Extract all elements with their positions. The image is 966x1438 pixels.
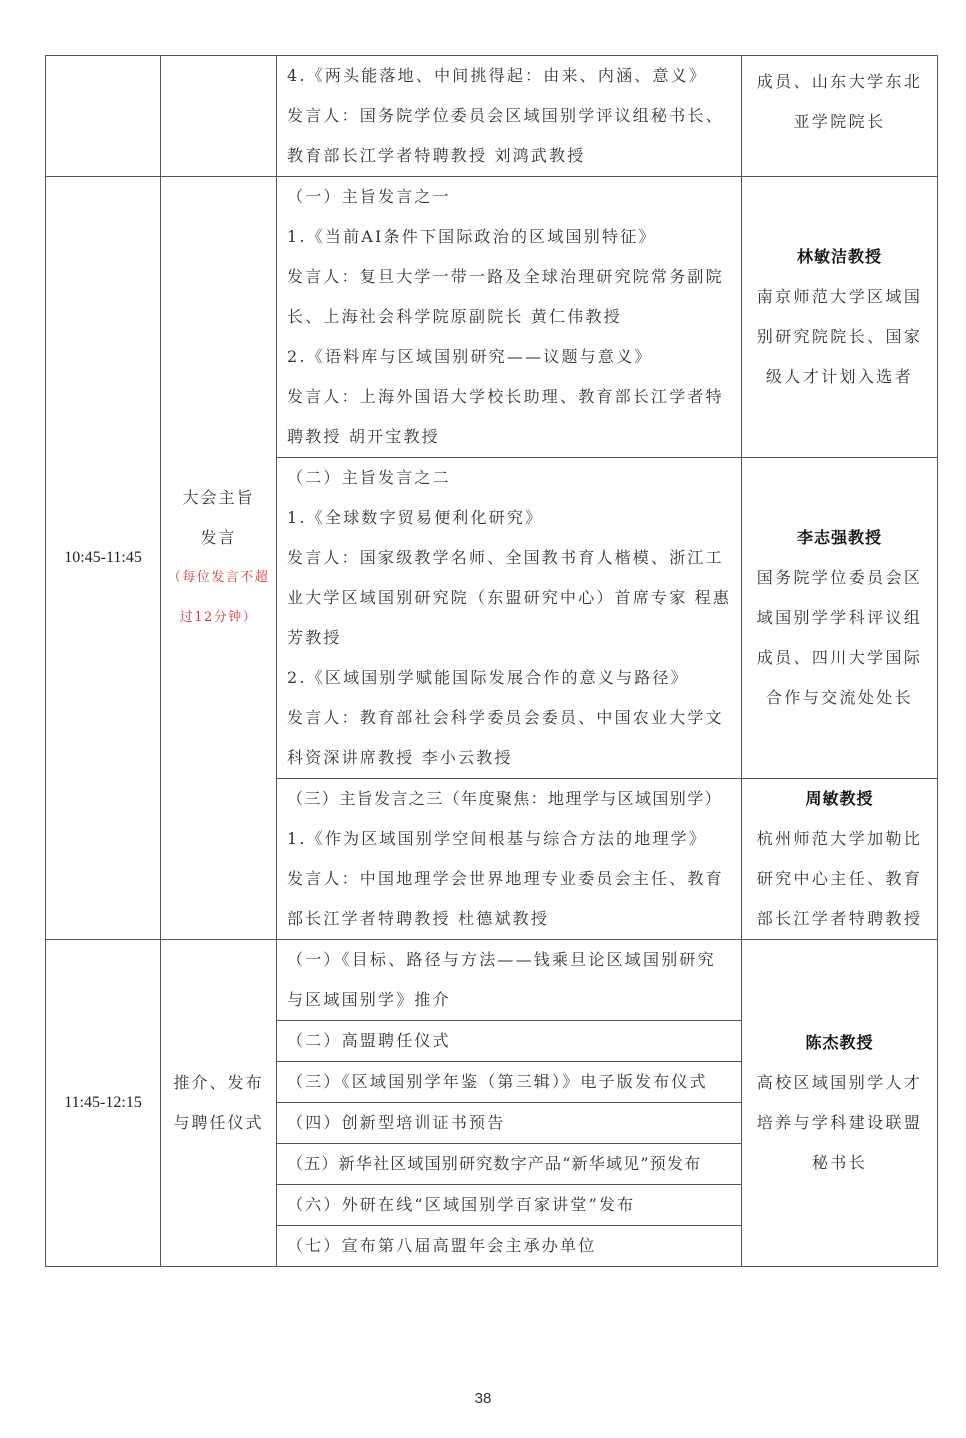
host-name: 李志强教授 <box>750 518 929 558</box>
session-title: 推介、发布与聘任仪式 <box>161 1063 276 1143</box>
ceremony-item: （七）宣布第八届高盟年会主承办单位 <box>277 1226 742 1267</box>
table-row-ceremony-1: 11:45-12:15 推介、发布与聘任仪式 （一）《目标、路径与方法——钱乘旦… <box>46 940 938 1021</box>
talk-title: 4.《两头能落地、中间挑得起：由来、内涵、意义》 <box>287 56 733 96</box>
talk-speaker: 发言人：上海外国语大学校长助理、教育部长江学者特聘教授 胡开宝教授 <box>287 377 733 457</box>
group-heading: （二）主旨发言之二 <box>287 458 733 498</box>
host-title: 国务院学位委员会区域国别学学科评议组成员、四川大学国际合作与交流处处长 <box>750 558 929 718</box>
talk-title: 2.《语料库与区域国别研究——议题与意义》 <box>287 337 733 377</box>
content-cell: （三）主旨发言之三（年度聚焦：地理学与区域国别学） 1.《作为区域国别学空间根基… <box>277 779 742 940</box>
talk-title: 2.《区域国别学赋能国际发展合作的意义与路径》 <box>287 658 733 698</box>
host-title: 南京师范大学区域国别研究院院长、国家级人才计划入选者 <box>750 277 929 397</box>
host-cell: 成员、山东大学东北亚学院院长 <box>742 56 938 177</box>
host-name: 林敏洁教授 <box>750 237 929 277</box>
table-row-keynote-1: 10:45-11:45 大会主旨发言 （每位发言不超过12分钟） （一）主旨发言… <box>46 177 938 458</box>
talk-speaker: 发言人：中国地理学会世界地理专业委员会主任、教育部长江学者特聘教授 杜德斌教授 <box>287 859 733 939</box>
talk-title: 1.《当前AI条件下国际政治的区域国别特征》 <box>287 217 733 257</box>
group-heading: （三）主旨发言之三（年度聚焦：地理学与区域国别学） <box>287 779 733 819</box>
agenda-table: 4.《两头能落地、中间挑得起：由来、内涵、意义》 发言人：国务院学位委员会区域国… <box>45 55 938 1267</box>
session-title: 大会主旨发言 <box>161 478 276 558</box>
ceremony-item: （六）外研在线“区域国别学百家讲堂”发布 <box>277 1185 742 1226</box>
host-cell: 周敏教授 杭州师范大学加勒比研究中心主任、教育部长江学者特聘教授 <box>742 779 938 940</box>
content-cell: （一）主旨发言之一 1.《当前AI条件下国际政治的区域国别特征》 发言人：复旦大… <box>277 177 742 458</box>
content-cell: （二）主旨发言之二 1.《全球数字贸易便利化研究》 发言人：国家级教学名师、全国… <box>277 458 742 779</box>
host-name: 陈杰教授 <box>750 1023 929 1063</box>
session-cell: 推介、发布与聘任仪式 <box>161 940 277 1267</box>
page-number: 38 <box>0 1390 966 1407</box>
talk-speaker: 发言人：教育部社会科学委员会委员、中国农业大学文科资深讲席教授 李小云教授 <box>287 698 733 778</box>
host-title: 杭州师范大学加勒比研究中心主任、教育部长江学者特聘教授 <box>750 819 929 939</box>
talk-speaker: 发言人：国务院学位委员会区域国别学评议组秘书长、教育部长江学者特聘教授 刘鸿武教… <box>287 96 733 176</box>
host-title: 成员、山东大学东北亚学院院长 <box>750 62 929 142</box>
group-heading: （一）主旨发言之一 <box>287 177 733 217</box>
host-cell: 陈杰教授 高校区域国别学人才培养与学科建设联盟秘书长 <box>742 940 938 1267</box>
content-cell: 4.《两头能落地、中间挑得起：由来、内涵、意义》 发言人：国务院学位委员会区域国… <box>277 56 742 177</box>
host-name: 周敏教授 <box>750 779 929 819</box>
ceremony-item: （四）创新型培训证书预告 <box>277 1103 742 1144</box>
host-cell: 林敏洁教授 南京师范大学区域国别研究院院长、国家级人才计划入选者 <box>742 177 938 458</box>
ceremony-item: （三）《区域国别学年鉴（第三辑）》电子版发布仪式 <box>277 1062 742 1103</box>
talk-speaker: 发言人：国家级教学名师、全国教书育人楷模、浙江工业大学区域国别研究院（东盟研究中… <box>287 538 733 658</box>
talk-title: 1.《作为区域国别学空间根基与综合方法的地理学》 <box>287 819 733 859</box>
ceremony-item: （一）《目标、路径与方法——钱乘旦论区域国别研究与区域国别学》推介 <box>277 940 742 1021</box>
session-cell: 大会主旨发言 （每位发言不超过12分钟） <box>161 177 277 940</box>
talk-title: 1.《全球数字贸易便利化研究》 <box>287 498 733 538</box>
session-cell <box>161 56 277 177</box>
session-note: （每位发言不超过12分钟） <box>161 558 276 638</box>
ceremony-item: （二）高盟聘任仪式 <box>277 1021 742 1062</box>
host-title: 高校区域国别学人才培养与学科建设联盟秘书长 <box>750 1063 929 1183</box>
talk-speaker: 发言人：复旦大学一带一路及全球治理研究院常务副院长、上海社会科学院原副院长 黄仁… <box>287 257 733 337</box>
host-cell: 李志强教授 国务院学位委员会区域国别学学科评议组成员、四川大学国际合作与交流处处… <box>742 458 938 779</box>
document-page: 4.《两头能落地、中间挑得起：由来、内涵、意义》 发言人：国务院学位委员会区域国… <box>0 0 966 1438</box>
table-row-continued: 4.《两头能落地、中间挑得起：由来、内涵、意义》 发言人：国务院学位委员会区域国… <box>46 56 938 177</box>
time-cell: 10:45-11:45 <box>46 177 161 940</box>
ceremony-item: （五）新华社区域国别研究数字产品“新华域见”预发布 <box>277 1144 742 1185</box>
time-cell: 11:45-12:15 <box>46 940 161 1267</box>
time-cell <box>46 56 161 177</box>
